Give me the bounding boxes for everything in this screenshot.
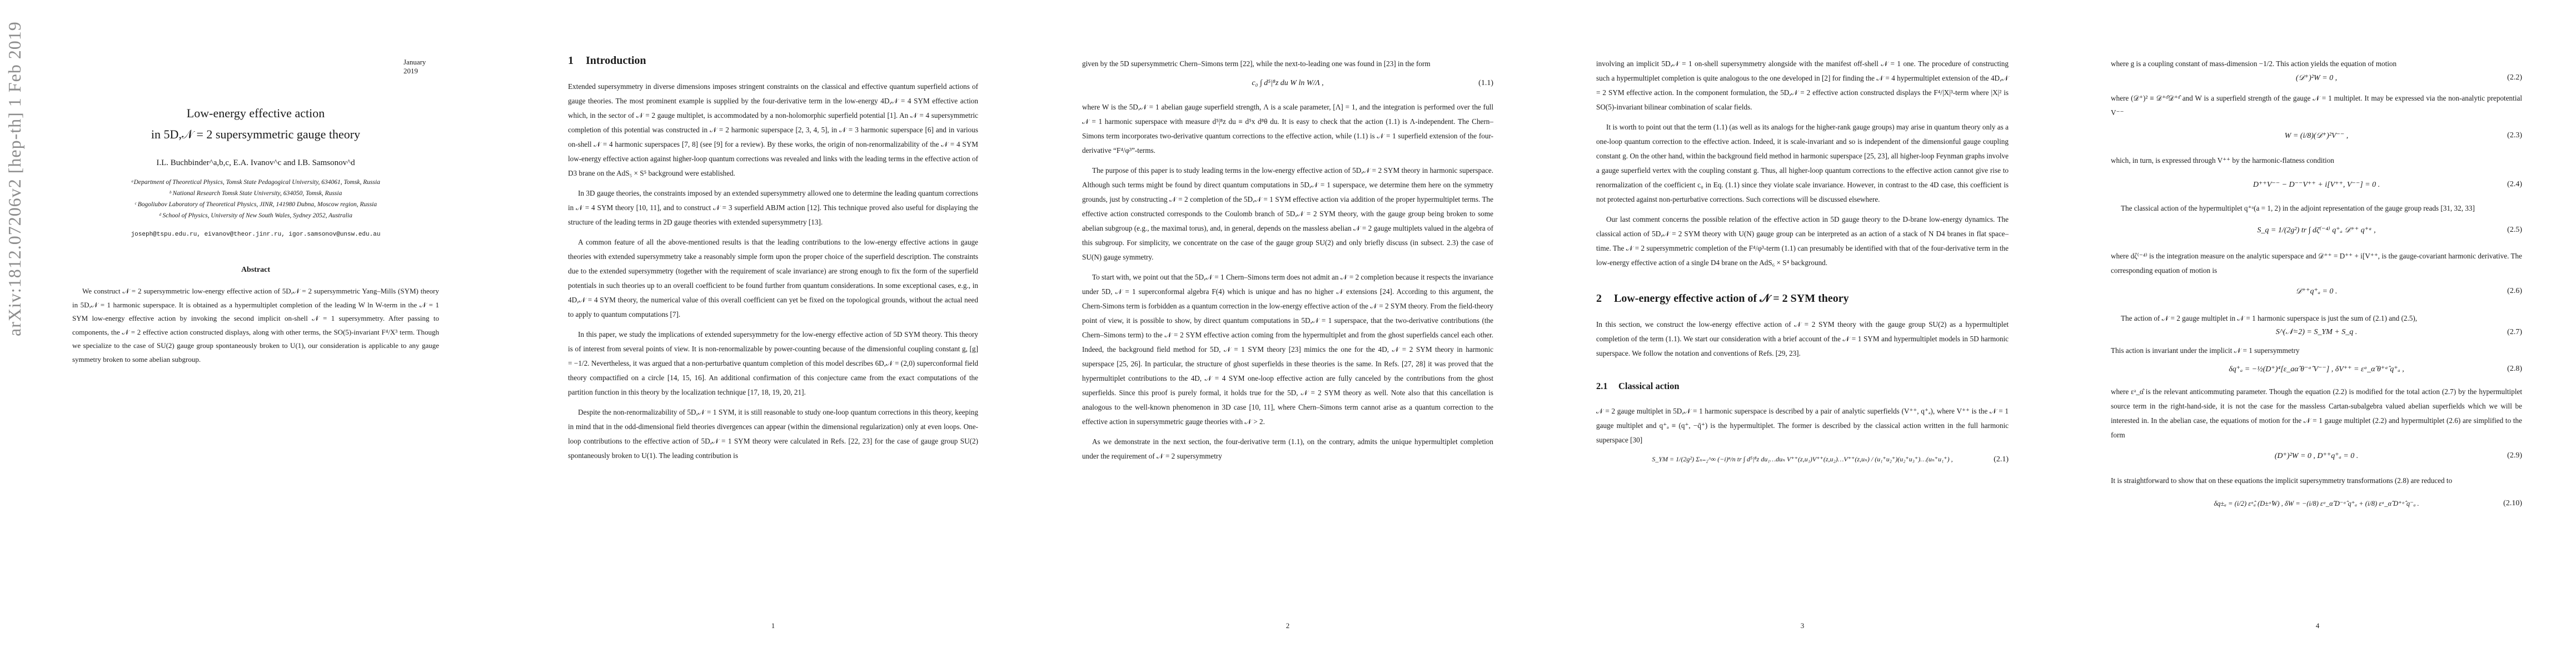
section-number: 1 <box>568 54 586 67</box>
section-title: Introduction <box>586 54 646 67</box>
paragraph: This action is invariant under the impli… <box>2111 344 2522 358</box>
arxiv-stamp: arXiv:1812.07206v2 [hep-th] 1 Feb 2019 <box>4 21 25 336</box>
page-1: 1Introduction Extended supersymmetry in … <box>568 0 978 667</box>
equation-2-9: (D⁺)²W = 0 , D⁺⁺q⁺ₐ = 0 . (2.9) <box>2111 442 2522 474</box>
page-number: 4 <box>2312 621 2323 630</box>
paragraph: where (𝒟⁺)² ≡ 𝒟⁺ᵅ̂𝒟⁺ᵅ̂ and W is a superf… <box>2111 91 2522 120</box>
paragraph: 𝒩 = 2 gauge multiplet in 5D,𝒩 = 1 harmon… <box>1596 404 2009 447</box>
paragraph: In this section, we construct the low-en… <box>1596 317 2009 361</box>
paragraph: where g is a coupling constant of mass-d… <box>2111 57 2522 71</box>
abstract-text: We construct 𝒩 = 2 supersymmetric low-en… <box>72 285 439 366</box>
equation-body: δq±ₐ = (i/2) εᵅ̂ₐ (D±ᵅ̂W) , δW = −(i/8) … <box>2111 499 2522 508</box>
paper-title-line-1: Low-energy effective action <box>72 103 439 124</box>
paper-title-line-2: in 5D,𝒩 = 2 supersymmetric gauge theory <box>72 124 439 145</box>
equation-2-5: S_q = 1/(2g²) tr ∫ dζ⁽⁻⁴⁾ q⁺ₐ 𝒟⁺⁺ q⁺ᵃ , … <box>2111 216 2522 249</box>
affiliation-b: ᵇ National Research Tomsk State Universi… <box>72 188 439 199</box>
paragraph: The action of 𝒩 = 2 gauge multiplet in 𝒩… <box>2111 311 2522 326</box>
equation-tag: (2.4) <box>2507 180 2522 189</box>
equation-body: W = (i/8)(𝒟⁺)²V⁻⁻ , <box>2111 131 2522 141</box>
section-heading-introduction: 1Introduction <box>568 54 978 67</box>
paragraph: where εᵃ_α̂ is the relevant anticommutin… <box>2111 385 2522 442</box>
equation-1-1: c₀ ∫ d⁵|⁸z du W ln W/Λ , (1.1) <box>1082 71 1493 100</box>
section-heading-2: 2Low-energy effective action of 𝒩 = 2 SY… <box>1596 292 2009 305</box>
equation-tag: (2.7) <box>2507 328 2522 337</box>
paragraph: It is worth to point out that the term (… <box>1596 120 2009 207</box>
abstract-heading: Abstract <box>72 266 439 275</box>
equation-body: (𝒟⁺)²W = 0 , <box>2111 73 2522 83</box>
paragraph: The classical action of the hypermultipl… <box>2111 201 2522 216</box>
page-number: 2 <box>1282 621 1293 630</box>
equation-body: S_q = 1/(2g²) tr ∫ dζ⁽⁻⁴⁾ q⁺ₐ 𝒟⁺⁺ q⁺ᵃ , <box>2111 226 2522 235</box>
equation-tag: (2.5) <box>2507 226 2522 235</box>
section-number: 2 <box>1596 292 1614 305</box>
paragraph: which, in turn, is expressed through V⁺⁺… <box>2111 153 2522 168</box>
paragraph: In 3D gauge theories, the constraints im… <box>568 186 978 230</box>
paragraph: Extended supersymmetry in diverse dimens… <box>568 79 978 181</box>
paragraph: As we demonstrate in the next section, t… <box>1082 435 1493 464</box>
equation-tag: (2.9) <box>2507 451 2522 460</box>
date: January 2019 <box>403 58 439 76</box>
paragraph: In this paper, we study the implications… <box>568 327 978 400</box>
equation-2-4: D⁺⁺V⁻⁻ − D⁻⁻V⁺⁺ + i[V⁺⁺, V⁻⁻] = 0 . (2.4… <box>2111 168 2522 201</box>
paragraph: A common feature of all the above-mentio… <box>568 235 978 322</box>
equation-2-1: S_YM = 1/(2g²) Σₙ₌₂^∞ (−i)ⁿ/n tr ∫ d⁵|⁸z… <box>1596 447 2009 481</box>
paragraph: The purpose of this paper is to study le… <box>1082 163 1493 265</box>
authors: I.L. Buchbinder^a,b,c, E.A. Ivanov^c and… <box>72 158 439 168</box>
paragraph: To start with, we point out that the 5D,… <box>1082 270 1493 429</box>
equation-body: δq⁺ₐ = −½(D⁺)⁴[ε_aα̂ θ⁻ᵅ̂ V⁻⁻] , δV⁺⁺ = … <box>2111 365 2522 374</box>
equation-tag: (1.1) <box>1478 79 1493 88</box>
page-4: where g is a coupling constant of mass-d… <box>2111 0 2522 667</box>
equation-body: S_YM = 1/(2g²) Σₙ₌₂^∞ (−i)ⁿ/n tr ∫ d⁵|⁸z… <box>1596 455 2009 464</box>
paragraph: involving an implicit 5D,𝒩 = 1 on-shell … <box>1596 57 2009 115</box>
equation-body: (D⁺)²W = 0 , D⁺⁺q⁺ₐ = 0 . <box>2111 451 2522 461</box>
equation-body: 𝒟⁺⁺q⁺ₐ = 0 . <box>2111 287 2522 296</box>
page-number: 1 <box>768 621 779 630</box>
paragraph: Our last comment concerns the possible r… <box>1596 212 2009 270</box>
paragraph: It is straightforward to show that on th… <box>2111 474 2522 488</box>
equation-2-8: δq⁺ₐ = −½(D⁺)⁴[ε_aα̂ θ⁻ᵅ̂ V⁻⁻] , δV⁺⁺ = … <box>2111 358 2522 385</box>
author-emails[interactable]: joseph@tspu.edu.ru, eivanov@theor.jinr.r… <box>72 231 439 238</box>
equation-tag: (2.8) <box>2507 365 2522 374</box>
page-2: given by the 5D supersymmetric Chern–Sim… <box>1082 0 1493 667</box>
paragraph: where dζ⁽⁻⁴⁾ is the integration measure … <box>2111 249 2522 278</box>
affiliation-a: ᵃDepartment of Theoretical Physics, Toms… <box>72 177 439 188</box>
equation-body: D⁺⁺V⁻⁻ − D⁻⁻V⁺⁺ + i[V⁺⁺, V⁻⁻] = 0 . <box>2111 180 2522 190</box>
equation-2-6: 𝒟⁺⁺q⁺ₐ = 0 . (2.6) <box>2111 278 2522 306</box>
subsection-title: Classical action <box>1618 381 1680 391</box>
section-title: Low-energy effective action of 𝒩 = 2 SYM… <box>1614 292 1849 305</box>
paragraph: given by the 5D supersymmetric Chern–Sim… <box>1082 57 1493 71</box>
page-3: involving an implicit 5D,𝒩 = 1 on-shell … <box>1596 0 2009 667</box>
equation-tag: (2.2) <box>2507 73 2522 82</box>
title-page: January 2019 Low-energy effective action… <box>72 0 439 667</box>
equation-2-7: S^(𝒩=2) = S_YM + S_q . (2.7) <box>2111 326 2522 344</box>
equation-2-10: δq±ₐ = (i/2) εᵅ̂ₐ (D±ᵅ̂W) , δW = −(i/8) … <box>2111 488 2522 521</box>
page-number: 3 <box>1797 621 1808 630</box>
equation-2-3: W = (i/8)(𝒟⁺)²V⁻⁻ , (2.3) <box>2111 120 2522 153</box>
equation-body: S^(𝒩=2) = S_YM + S_q . <box>2111 328 2522 337</box>
equation-tag: (2.6) <box>2507 287 2522 296</box>
affiliation-d: ᵈ School of Physics, University of New S… <box>72 210 439 221</box>
paragraph: where W is the 5D,𝒩 = 1 abelian gauge su… <box>1082 100 1493 158</box>
equation-tag: (2.10) <box>2503 499 2522 508</box>
equation-tag: (2.3) <box>2507 131 2522 140</box>
subsection-number: 2.1 <box>1596 381 1618 392</box>
equation-tag: (2.1) <box>1994 455 2009 464</box>
affiliation-c: ᶜ Bogoliubov Laboratory of Theoretical P… <box>72 199 439 210</box>
equation-body: c₀ ∫ d⁵|⁸z du W ln W/Λ , <box>1082 79 1493 88</box>
subsection-heading-2-1: 2.1Classical action <box>1596 381 2009 392</box>
paragraph: Despite the non-renormalizability of 5D,… <box>568 405 978 463</box>
equation-2-2: (𝒟⁺)²W = 0 , (2.2) <box>2111 71 2522 91</box>
